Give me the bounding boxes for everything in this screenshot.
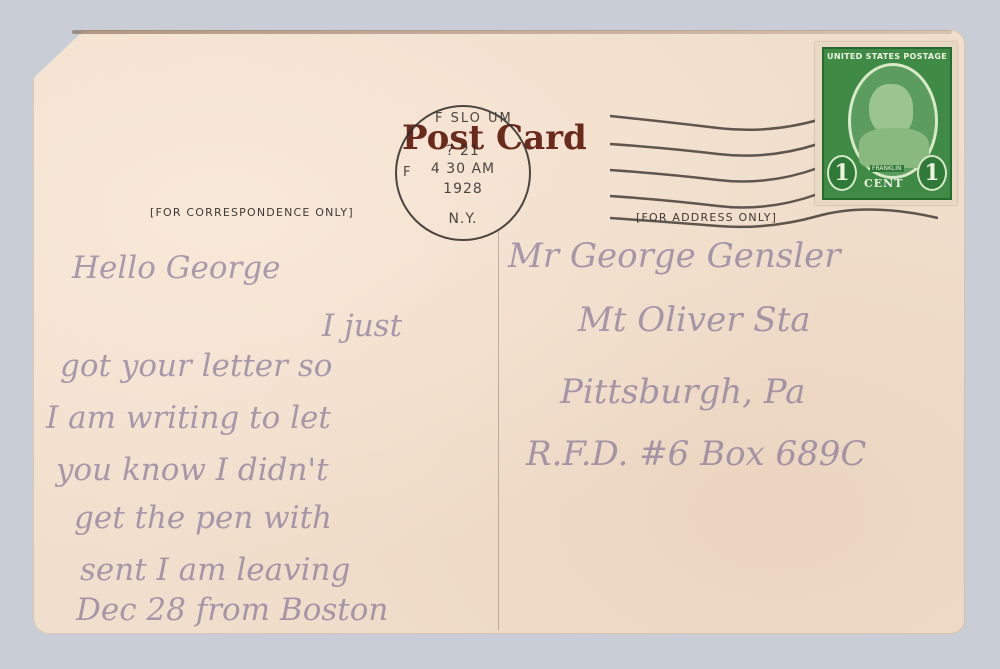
message-line: Hello George [72,250,281,286]
portrait-shoulders [859,128,929,168]
message-line: I am writing to let [46,400,331,436]
stamp-postage-text: UNITED STATES POSTAGE [824,52,950,61]
postmark-time: 4 30 AM [397,161,529,177]
stamp-value-left: 1 [827,155,857,191]
postmark-date: ? 21 [397,143,529,159]
address-line: Mr George Gensler [508,236,840,276]
stamp-denomination: CENT [864,177,903,190]
message-line: I just [322,308,402,344]
address-line: R.F.D. #6 Box 689C [526,434,866,474]
postage-stamp: UNITED STATES POSTAGE 1 1 FRANKLIN CENT [815,42,957,205]
address-line: Mt Oliver Sta [578,300,811,340]
message-line: get the pen with [74,500,332,536]
address-label: [FOR ADDRESS ONLY] [636,211,777,224]
postmark-year: 1928 [397,181,529,197]
edge-stain [72,30,952,34]
message-line: you know I didn't [56,452,328,488]
stamp-value-right: 1 [917,155,947,191]
stamp-portrait-name: FRANKLIN [870,165,904,172]
center-divider [498,230,499,630]
address-line: Pittsburgh, Pa [560,372,805,412]
message-line: sent I am leaving [80,552,350,588]
stamp-frame: UNITED STATES POSTAGE 1 1 FRANKLIN CENT [822,47,952,200]
message-line: got your letter so [60,348,332,384]
postmark-state: N.Y. [397,211,529,227]
postmark-arc-text: F SLO UM [435,111,513,126]
message-line: Dec 28 from Boston [76,592,388,628]
postmark: F F SLO UM ? 21 4 30 AM 1928 N.Y. [395,105,531,241]
correspondence-label: [FOR CORRESPONDENCE ONLY] [150,206,354,219]
